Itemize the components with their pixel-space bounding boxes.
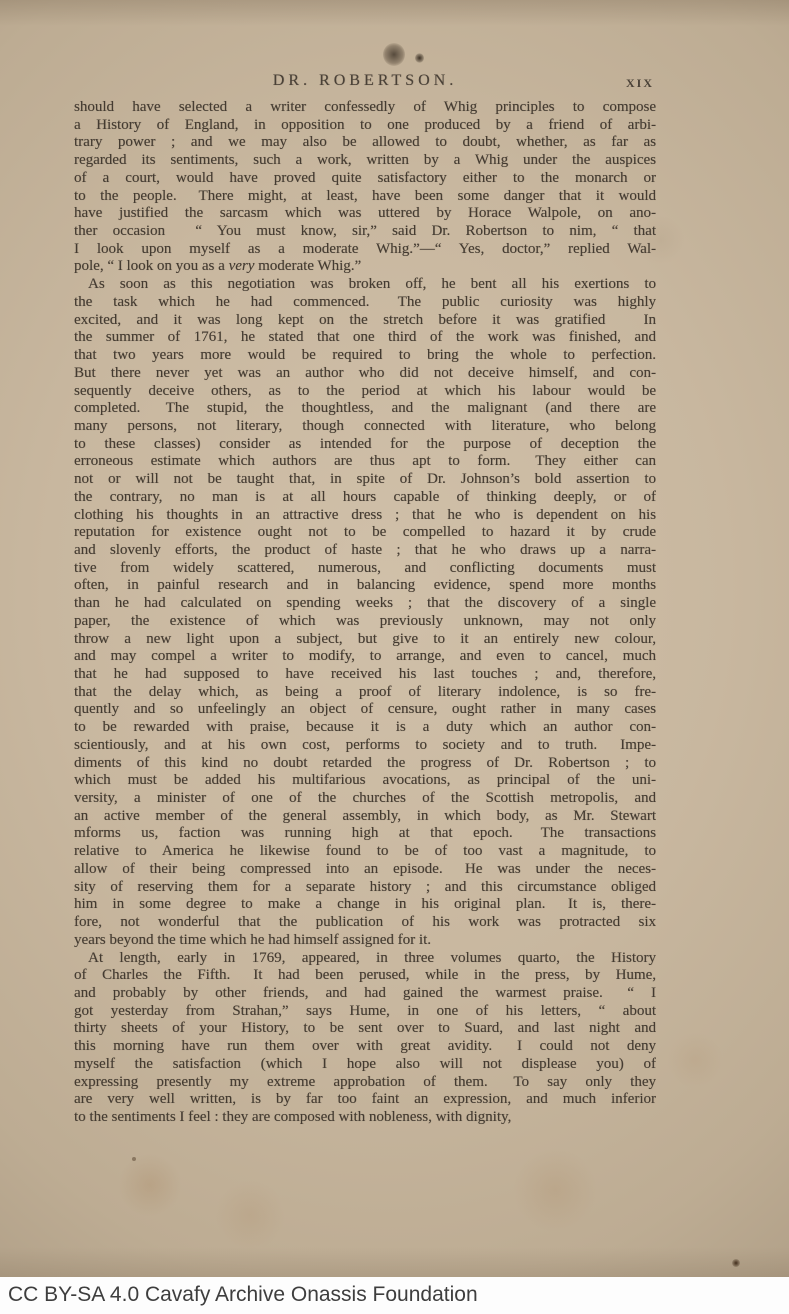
text-line: years beyond the time which he had himse… — [74, 932, 656, 950]
text-line: than he had calculated on spending weeks… — [74, 595, 656, 613]
text-line: the summer of 1761, he stated that one t… — [74, 329, 656, 347]
text-line: regarded its sentiments, such a work, wr… — [74, 152, 656, 170]
text-line: I look upon myself as a moderate Whig.”—… — [74, 241, 656, 259]
text-line: relative to America he likewise found to… — [74, 843, 656, 861]
text-line: fore, not wonderful that the publication… — [74, 914, 656, 932]
text-line: At length, early in 1769, appeared, in t… — [74, 950, 656, 968]
text-line: a History of England, in opposition to o… — [74, 117, 656, 135]
text-line: myself the satisfaction (which I hope al… — [74, 1056, 656, 1074]
text-line: to be rewarded with praise, because it i… — [74, 719, 656, 737]
text-line: this morning have run them over with gre… — [74, 1038, 656, 1056]
scanned-book-page: DR. ROBERTSON. XIX should have selected … — [0, 0, 789, 1277]
text-line: quently and so unfeelingly an object of … — [74, 701, 656, 719]
text-line: completed. The stupid, the thoughtless, … — [74, 400, 656, 418]
running-title: DR. ROBERTSON. — [74, 72, 656, 90]
text-line: pole, “ I look on you as a very moderate… — [74, 258, 656, 276]
text-line: should have selected a writer confessedl… — [74, 99, 656, 117]
text-line: sity of reserving them for a separate hi… — [74, 879, 656, 897]
text-line: got yesterday from Strahan,” says Hume, … — [74, 1003, 656, 1021]
text-line: to these classes) consider as intended f… — [74, 436, 656, 454]
text-line: to the sentiments I feel : they are comp… — [74, 1109, 656, 1127]
text-line: that two years more would be required to… — [74, 347, 656, 365]
text-line: to the people. There might, at least, ha… — [74, 188, 656, 206]
license-text: CC BY-SA 4.0 Cavafy Archive Onassis Foun… — [0, 1277, 478, 1313]
text-line: that he had supposed to have received hi… — [74, 666, 656, 684]
page-text: should have selected a writer confessedl… — [74, 99, 656, 1127]
text-line: trary power ; and we may also be allowed… — [74, 134, 656, 152]
text-line: and may compel a writer to modify, to ar… — [74, 648, 656, 666]
page-header: DR. ROBERTSON. XIX — [74, 72, 656, 94]
text-line: reputation for existence ought not to be… — [74, 524, 656, 542]
text-line: ther occasion “ You must know, sir,” sai… — [74, 223, 656, 241]
text-line: are very well written, is by far too fai… — [74, 1091, 656, 1109]
license-bar: CC BY-SA 4.0 Cavafy Archive Onassis Foun… — [0, 1277, 789, 1314]
text-line: the task which he had commenced. The pub… — [74, 294, 656, 312]
text-line: erroneous estimate which authors are thu… — [74, 453, 656, 471]
ink-dot-icon — [415, 53, 424, 63]
text-line: not or will not be taught that, in spite… — [74, 471, 656, 489]
text-line: him in some degree to make a change in h… — [74, 896, 656, 914]
text-line: throw a new light upon a subject, but gi… — [74, 631, 656, 649]
text-line: and slovenly efforts, the product of has… — [74, 542, 656, 560]
text-line: many persons, not literary, though conne… — [74, 418, 656, 436]
text-line: which must be added his multifarious avo… — [74, 772, 656, 790]
text-line: tive from widely scattered, numerous, an… — [74, 560, 656, 578]
text-line: excited, and it was long kept on the str… — [74, 312, 656, 330]
text-line: expressing presently my extreme approbat… — [74, 1074, 656, 1092]
text-line: thirty sheets of your History, to be sen… — [74, 1020, 656, 1038]
paper-fleck-icon — [132, 1157, 136, 1161]
text-line: scientiously, and at his own cost, perfo… — [74, 737, 656, 755]
text-line: an active member of the general assembly… — [74, 808, 656, 826]
text-line: the contrary, no man is at all hours cap… — [74, 489, 656, 507]
text-line: that the delay which, as being a proof o… — [74, 684, 656, 702]
text-line: paper, the existence of which was previo… — [74, 613, 656, 631]
page-number: XIX — [626, 76, 654, 91]
text-line: and probably by other friends, and had g… — [74, 985, 656, 1003]
text-line: clothing his thoughts in an attractive d… — [74, 507, 656, 525]
text-line: have justified the sarcasm which was utt… — [74, 205, 656, 223]
text-line: As soon as this negotiation was broken o… — [74, 276, 656, 294]
text-line: often, in painful research and in balanc… — [74, 577, 656, 595]
text-line: of a court, would have proved quite sati… — [74, 170, 656, 188]
text-line: sequently deceive others, as to the peri… — [74, 383, 656, 401]
text-line: diments of this kind no doubt retarded t… — [74, 755, 656, 773]
ink-blot-icon — [383, 43, 405, 66]
text-line: allow of their being compressed into an … — [74, 861, 656, 879]
text-line: mforms us, faction was running high at t… — [74, 825, 656, 843]
text-line: of Charles the Fifth. It had been peruse… — [74, 967, 656, 985]
text-line: versity, a minister of one of the church… — [74, 790, 656, 808]
paper-speck-icon — [732, 1259, 740, 1267]
text-line: But there never yet was an author who di… — [74, 365, 656, 383]
